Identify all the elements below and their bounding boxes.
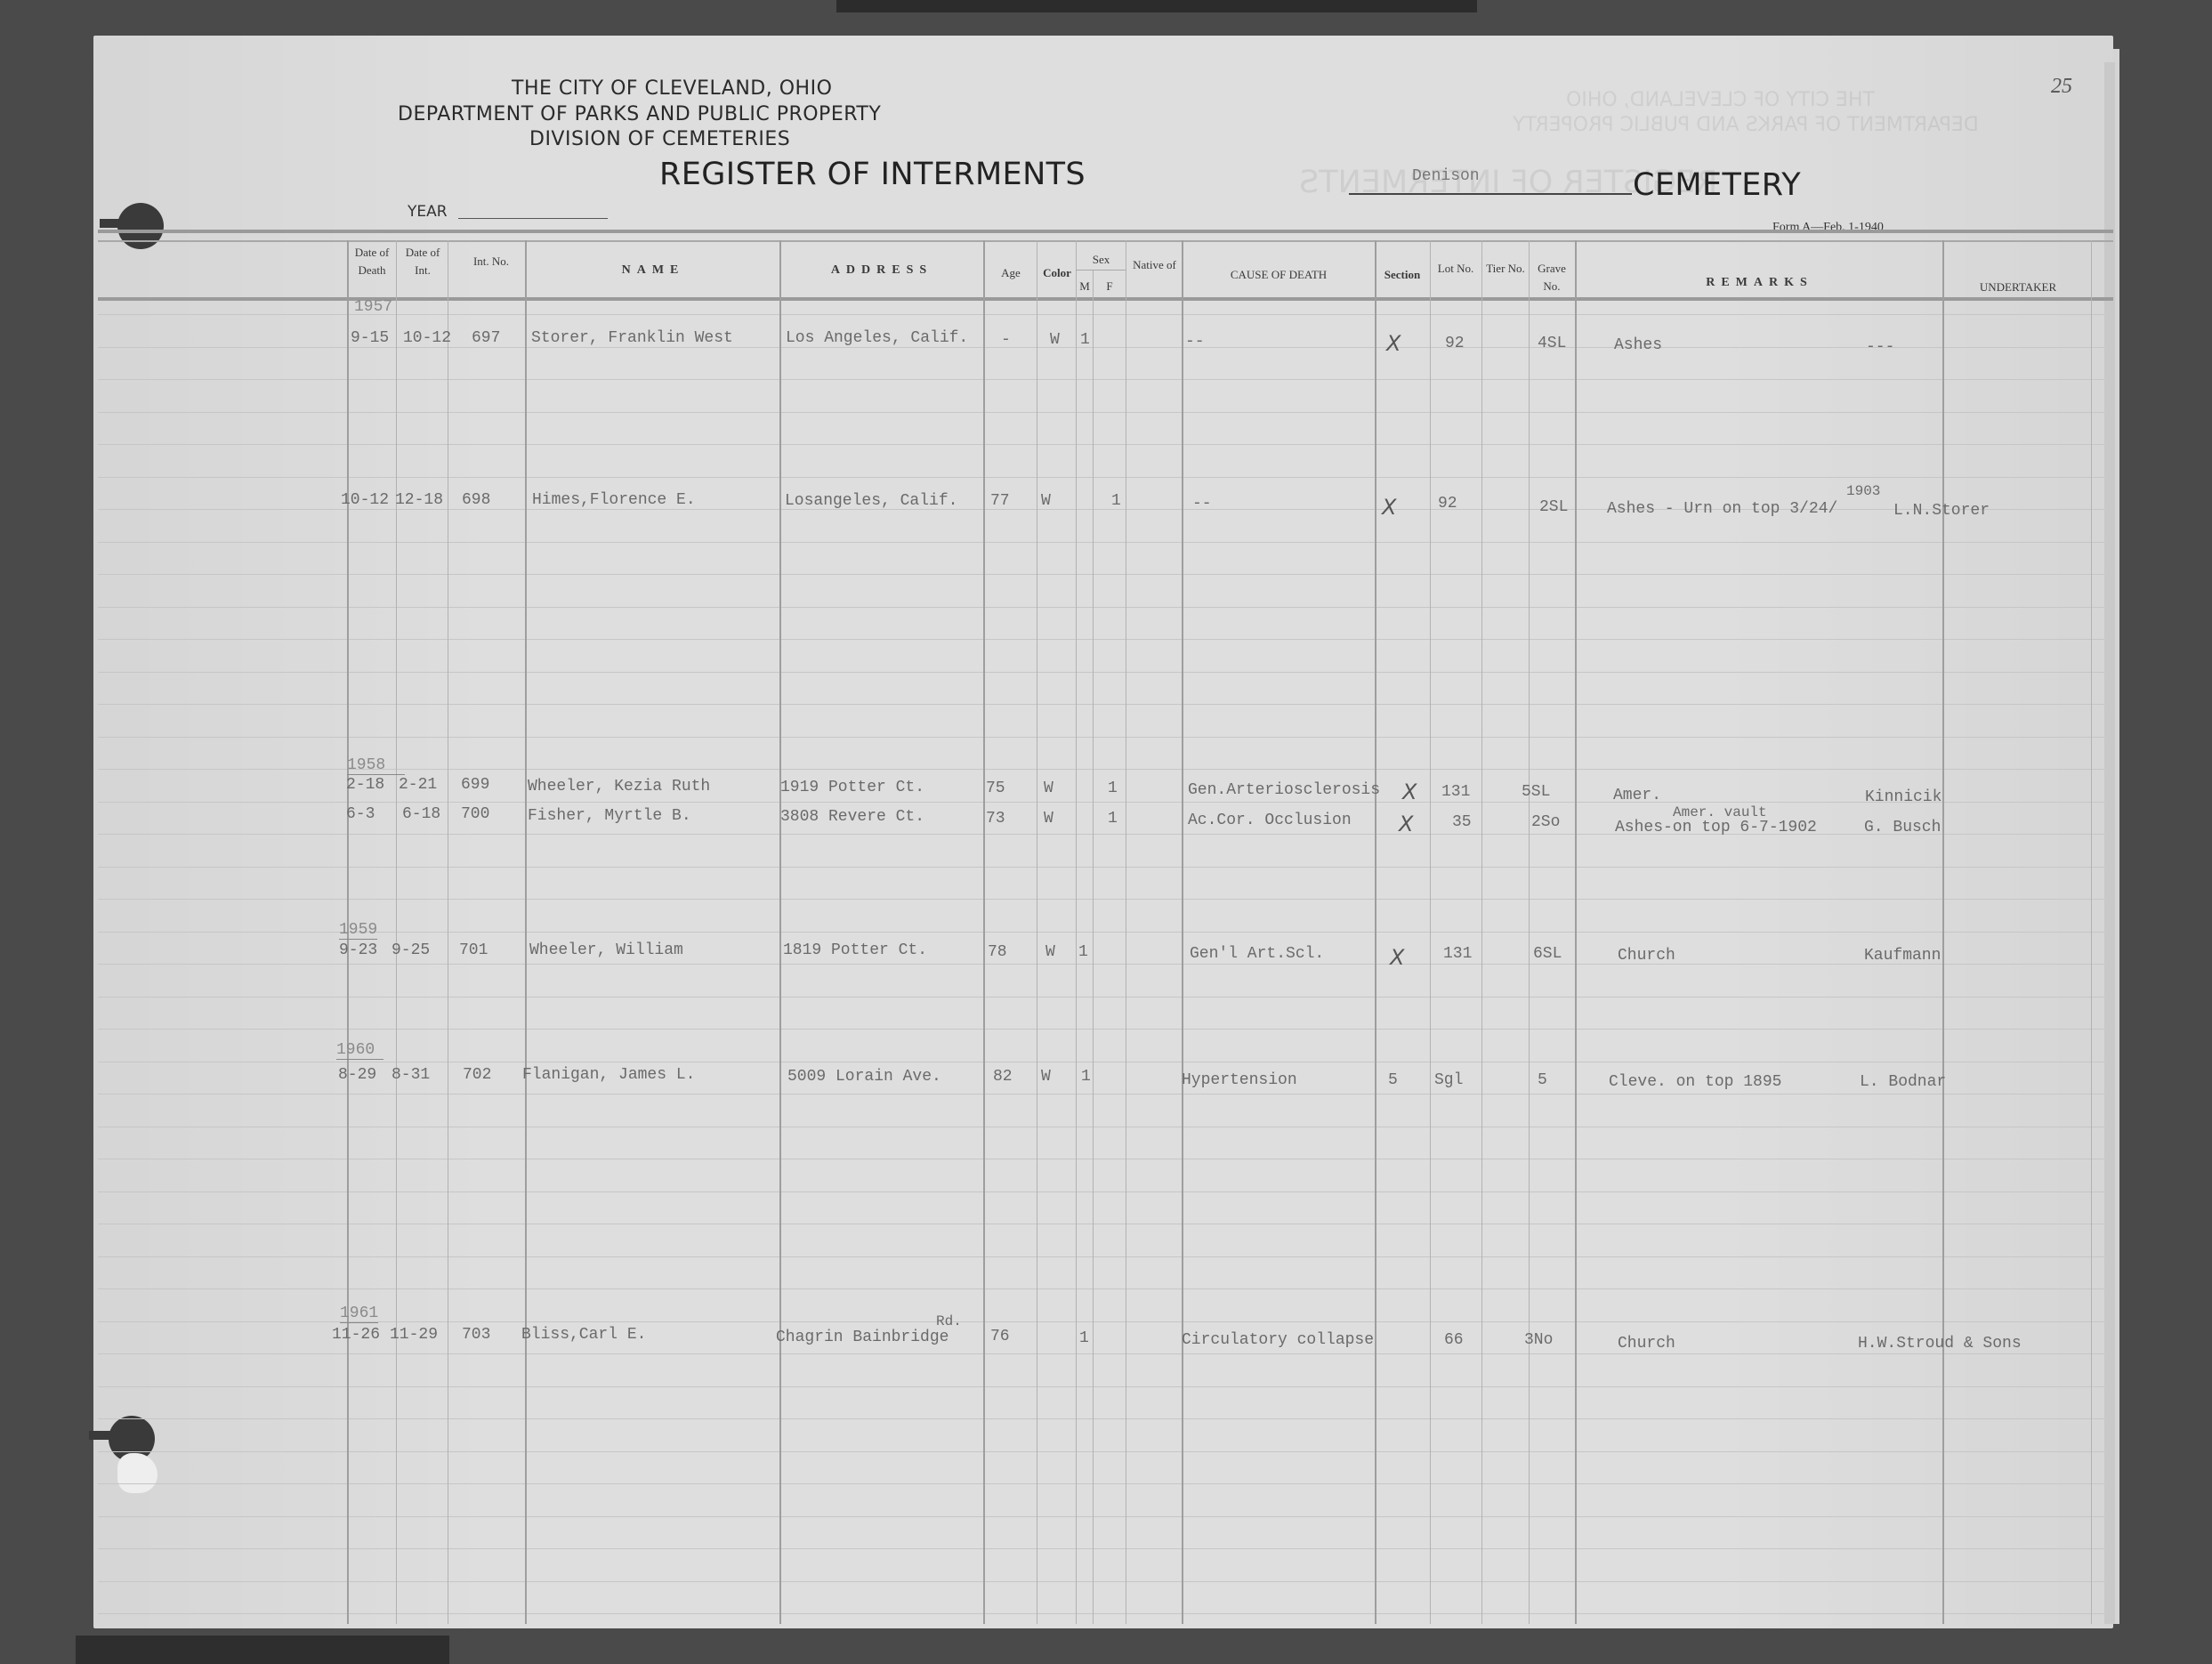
ledger-line [98,379,2104,380]
lot: 35 [1452,813,1472,831]
col-age: Age [988,264,1034,282]
ledger-line [98,997,2104,998]
age: - [1001,331,1011,349]
cause: Circulatory collapse [1182,1331,1374,1349]
col-sex: Sex [1077,251,1126,269]
name: Bliss,Carl E. [521,1326,646,1344]
grave: 2So [1531,813,1560,831]
remarks: Church [1618,947,1675,965]
date-of-int: 10-12 [403,329,451,347]
ledger-line [98,1094,2104,1095]
ledger-line [98,1516,2104,1517]
ledger-line [98,1029,2104,1030]
date-of-int: 6-18 [402,805,440,823]
section-x-mark: X [1390,945,1404,970]
col-name: NAME [529,262,778,279]
sex-divider [1076,270,1126,271]
remarks: Ashes [1614,336,1662,354]
int-no: 700 [461,805,489,823]
ledger-line [98,1224,2104,1224]
ledger-line [98,1256,2104,1257]
sex-f: 1 [1108,810,1118,828]
ledger-line [98,542,2104,543]
header-department: DEPARTMENT OF PARKS AND PUBLIC PROPERTY [398,103,881,125]
header-bottom-rule [98,297,2113,301]
ledger-line [98,1581,2104,1582]
grave: 4SL [1538,335,1566,352]
col-divider [525,240,527,1624]
undertaker: Kaufmann [1864,947,1941,965]
col-divider [2091,240,2092,1624]
col-divider [1093,270,1094,1624]
address: Losangeles, Calif. [785,492,957,510]
col-divider [1076,240,1077,1624]
date-of-int: 11-29 [390,1326,438,1344]
remarks: Cleve. on top 1895 [1609,1073,1781,1091]
date-of-int: 12-18 [395,491,443,509]
color: W [1044,779,1054,797]
bleed-through-text: DEPARTMENT OF PARKS AND PUBLIC PROPERTY [1513,114,1979,136]
col-section: Section [1377,266,1427,284]
address: 5009 Lorain Ave. [787,1068,941,1086]
address: 3808 Revere Ct. [780,808,924,826]
date-of-death: 2-18 [346,776,384,794]
year-marker: 1959 [339,921,377,940]
ledger-line [98,1321,2104,1322]
address: 1819 Potter Ct. [783,941,927,959]
cause: -- [1185,333,1205,351]
lot: 92 [1445,335,1465,352]
date-of-int: 8-31 [392,1066,430,1084]
col-undertaker: UNDERTAKER [1947,279,2089,296]
col-divider [1375,240,1376,1624]
color: W [1041,492,1051,510]
binding-hole-notch [100,219,125,228]
col-date-of-int: Date of Int. [399,244,447,279]
ledger-line [98,444,2104,445]
lot: 66 [1444,1331,1464,1349]
remarks: Amer. [1613,787,1661,804]
table-top-rule-2 [98,240,2113,242]
ledger-line [98,314,2104,315]
date-of-int: 9-25 [392,941,430,959]
name: Himes,Florence E. [532,491,696,509]
grave: 5SL [1522,783,1550,801]
cause: Ac.Cor. Occlusion [1188,812,1352,829]
col-sex-m: M [1077,278,1093,295]
col-divider [779,240,781,1624]
year-marker: 1957 [354,298,392,316]
cause: Gen'l Art.Scl. [1190,945,1324,963]
section: 5 [1388,1071,1398,1089]
sex-m: 1 [1079,1329,1089,1347]
ledger-line [98,1613,2104,1614]
sex-f: 1 [1108,779,1118,797]
col-native-of: Native of [1130,256,1179,274]
section-x-mark: X [1399,812,1413,836]
lot: 131 [1441,783,1470,801]
ledger-line [98,867,2104,868]
section-x-mark: X [1382,495,1396,520]
undertaker: L.N.Storer [1893,502,1990,520]
int-no: 699 [461,776,489,794]
col-divider [448,240,448,1624]
year-label: YEAR [408,203,448,221]
lot: 92 [1438,495,1457,513]
binding-hole-notch [89,1431,114,1440]
col-cause-of-death: CAUSE OF DEATH [1185,266,1372,284]
age: 75 [986,779,1005,797]
ledger-line [98,1451,2104,1452]
grave: 5 [1538,1071,1547,1089]
col-remarks: REMARKS [1579,274,1940,292]
int-no: 698 [462,491,490,509]
year-marker: 1958 [347,756,405,775]
remarks: Ashes - Urn on top 3/24/ [1607,500,1837,518]
section-x-mark: X [1402,779,1417,804]
name: Fisher, Myrtle B. [528,807,691,825]
name: Wheeler, Kezia Ruth [528,778,710,796]
ledger-line [98,1288,2104,1289]
age: 82 [993,1068,1013,1086]
col-grave-no: Grave No. [1530,260,1573,295]
undertaker: --- [1866,338,1894,356]
col-divider [1430,240,1431,1624]
cause: Hypertension [1182,1071,1297,1089]
col-divider [1037,240,1037,1624]
col-divider [983,240,985,1624]
name: Flanigan, James L. [522,1066,695,1084]
ledger-line [98,1127,2104,1127]
page-number: 25 [2051,75,2072,99]
address-note: Rd. [936,1313,962,1329]
remarks: Church [1618,1335,1675,1353]
scan-border-top [836,0,1477,12]
grave: 3No [1524,1331,1553,1349]
grave: 2SL [1539,498,1568,516]
remarks-year-note: 1903 [1846,483,1880,499]
date-of-int: 2-21 [399,776,437,794]
scan-border-bottom [76,1636,449,1664]
ledger-line [98,477,2104,478]
address: Los Angeles, Calif. [786,329,968,347]
col-lot-no: Lot No. [1433,260,1479,278]
date-of-death: 8-29 [338,1066,376,1084]
col-divider [1182,240,1183,1624]
col-color: Color [1038,264,1076,282]
lot: Sgl [1434,1071,1463,1089]
ledger-line [98,704,2104,705]
ledger-line [98,1548,2104,1549]
ledger-line [98,802,2104,803]
col-divider [396,240,397,1624]
col-divider [1942,240,1944,1624]
undertaker: L. Bodnar [1860,1073,1946,1091]
ledger-line [98,737,2104,738]
age: 76 [990,1328,1010,1345]
date-of-death: 9-15 [351,329,389,347]
ledger-line [98,1483,2104,1484]
col-address: ADDRESS [783,262,981,279]
header-city: THE CITY OF CLEVELAND, OHIO [512,77,832,100]
ledger-line [98,1386,2104,1387]
address: 1919 Potter Ct. [780,779,924,796]
col-divider [1481,240,1482,1624]
ledger-line [98,574,2104,575]
cause: -- [1192,495,1212,513]
name: Wheeler, William [529,941,683,959]
page-title: REGISTER OF INTERMENTS [659,157,1086,192]
int-no: 697 [472,329,500,347]
cemetery-field[interactable] [1349,193,1632,195]
ledger-line [98,1353,2104,1354]
col-tier-no: Tier No. [1483,260,1528,278]
ledger-line [98,899,2104,900]
sex-m: 1 [1078,943,1088,961]
year-marker: 1961 [340,1305,378,1323]
color: W [1041,1068,1051,1086]
sex-m: 1 [1080,331,1090,349]
cemetery-label: CEMETERY [1633,167,1801,203]
col-sex-f: F [1094,278,1126,295]
sex-m: 1 [1081,1068,1091,1086]
ledger-line [98,607,2104,608]
date-of-death: 11-26 [332,1326,380,1344]
ledger-line [98,412,2104,413]
int-no: 701 [459,941,488,959]
table-top-rule [98,230,2113,233]
sex-f: 1 [1111,492,1121,510]
ledger-line [98,347,2104,348]
date-of-death: 6-3 [346,805,375,823]
address: Chagrin Bainbridge [776,1329,949,1346]
age: 77 [990,492,1010,510]
col-int-no: Int. No. [472,253,511,271]
color: W [1045,943,1055,961]
lot: 131 [1443,945,1472,963]
ledger-line [98,1159,2104,1159]
ledger-line [98,964,2104,965]
ledger-line [98,1191,2104,1192]
col-divider [1126,240,1126,1624]
undertaker: Kinnicik [1865,788,1942,806]
undertaker: G. Busch [1864,819,1941,836]
cemetery-name: Denison [1412,167,1480,185]
year-field[interactable] [458,218,608,219]
name: Storer, Franklin West [531,329,733,347]
ledger-line [98,1062,2104,1062]
color: W [1050,331,1060,349]
ledger-line [98,1418,2104,1419]
col-divider [1575,240,1577,1624]
int-no: 703 [462,1326,490,1344]
header-division: DIVISION OF CEMETERIES [529,128,790,150]
cause: Gen.Arteriosclerosis [1188,781,1380,799]
int-no: 702 [463,1066,491,1084]
bleed-through-text: THE CITY OF CLEVELAND, OHIO [1566,89,1875,111]
ledger-line [98,932,2104,933]
remarks: Ashes-on top 6-7-1902 [1615,819,1817,836]
undertaker: H.W.Stroud & Sons [1858,1335,2022,1353]
ledger-line [98,639,2104,640]
ledger-line [98,672,2104,673]
col-divider [1529,240,1530,1624]
section-x-mark: X [1386,331,1401,356]
age: 78 [988,943,1007,961]
year-marker: 1960 [336,1041,383,1060]
grave: 6SL [1533,945,1562,963]
color: W [1044,810,1054,828]
col-date-of-death: Date of Death [350,244,394,279]
date-of-death: 10-12 [341,491,389,509]
paper-tear [117,1453,157,1493]
date-of-death: 9-23 [339,941,377,959]
age: 73 [986,810,1005,828]
